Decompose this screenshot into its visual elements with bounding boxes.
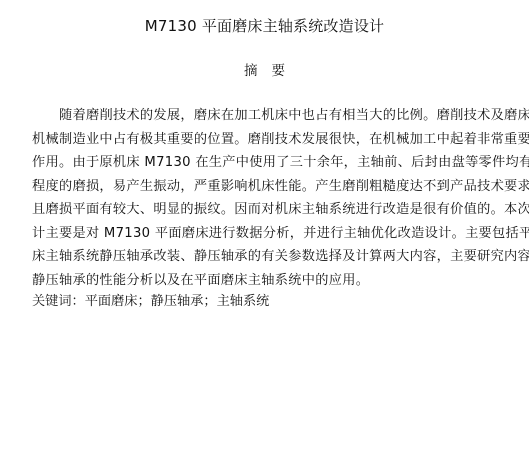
abstract-line: 随着磨削技术的发展，磨床在加工机床中也占有相当大的比例。磨削技术及磨床在 — [32, 104, 502, 128]
abstract-line: 作用。由于原机床 M7130 在生产中使用了三十余年，主轴前、后封由盘等零件均有… — [32, 151, 502, 175]
abstract-heading-char-2: 要 — [272, 62, 286, 80]
abstract-heading: 摘要 — [0, 62, 529, 80]
abstract-line: 计主要是对 M7130 平面磨床进行数据分析，并进行主轴优化改造设计。主要包括平… — [32, 222, 502, 246]
document-page: M7130 平面磨床主轴系统改造设计 摘要 随着磨削技术的发展，磨床在加工机床中… — [0, 0, 529, 449]
abstract-line: 床主轴系统静压轴承改装、静压轴承的有关参数选择及计算两大内容，主要研究内容是 — [32, 245, 502, 269]
abstract-line: 机械制造业中占有极其重要的位置。磨削技术发展很快，在机械加工中起着非常重要的 — [32, 128, 502, 152]
keywords-line: 关键词：平面磨床；静压轴承；主轴系统 — [32, 292, 269, 312]
abstract-line: 且磨损平面有较大、明显的振纹。因而对机床主轴系统进行改造是很有价值的。本次设 — [32, 198, 502, 222]
document-title: M7130 平面磨床主轴系统改造设计 — [0, 16, 529, 36]
abstract-heading-char-1: 摘 — [244, 62, 258, 80]
abstract-line: 静压轴承的性能分析以及在平面磨床主轴系统中的应用。 — [32, 269, 502, 293]
abstract-line: 程度的磨损，易产生振动，严重影响机床性能。产生磨削粗糙度达不到产品技术要求， — [32, 175, 502, 199]
keywords-label: 关键词： — [32, 294, 85, 309]
abstract-body: 随着磨削技术的发展，磨床在加工机床中也占有相当大的比例。磨削技术及磨床在 机械制… — [32, 104, 502, 292]
keywords-values: 平面磨床；静压轴承；主轴系统 — [85, 294, 270, 309]
